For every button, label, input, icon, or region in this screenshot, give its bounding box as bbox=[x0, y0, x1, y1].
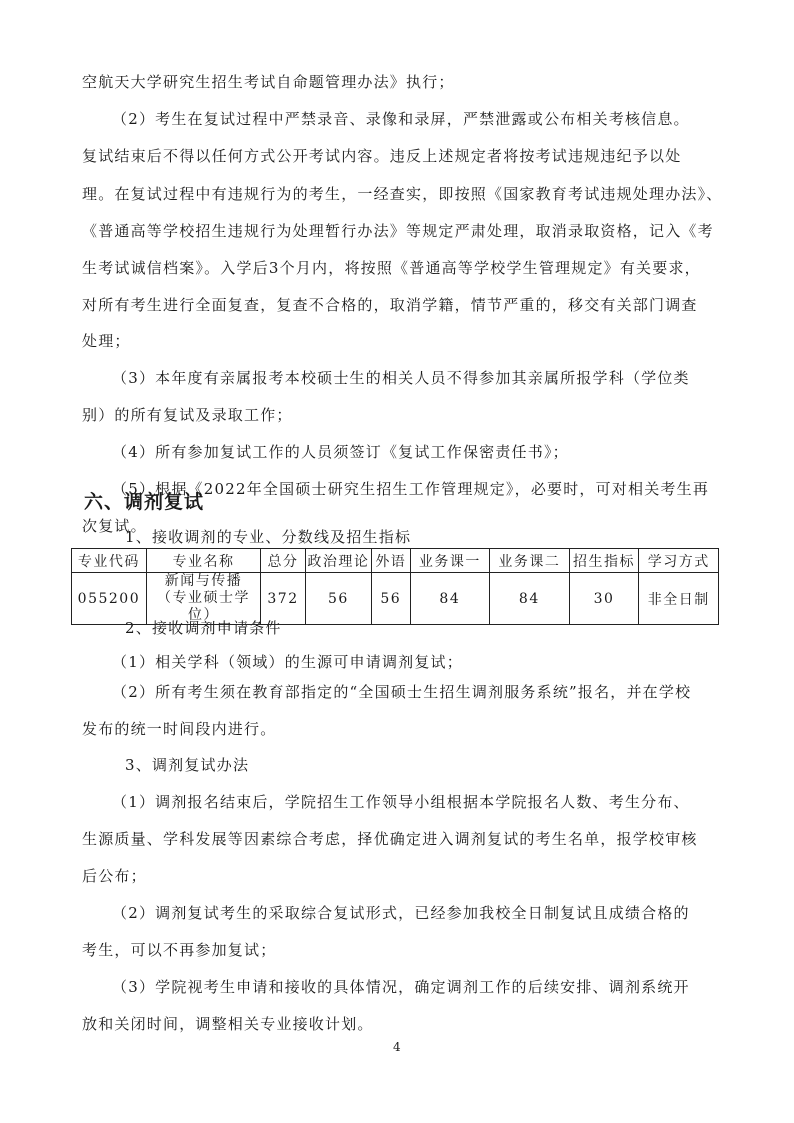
cell-name-line1: 新闻与传播 bbox=[147, 573, 260, 590]
header-total: 总分 bbox=[261, 549, 306, 573]
header-course1: 业务课一 bbox=[410, 549, 490, 573]
header-course2: 业务课二 bbox=[490, 549, 570, 573]
subsections-line: 1、接收调剂的专业、分数线及招生指标 bbox=[125, 527, 411, 547]
subsections-line: 生源质量、学科发展等因素综合考虑，择优确定进入调剂复试的考生名单，报学校审核 bbox=[82, 829, 698, 849]
admission-quota-table: 专业代码 专业名称 总分 政治理论 外语 业务课一 业务课二 招生指标 学习方式… bbox=[71, 548, 719, 625]
header-foreign-language: 外语 bbox=[372, 549, 411, 573]
cell-name-line2: （专业硕士学位） bbox=[147, 590, 260, 624]
paragraphs-line: （2）考生在复试过程中严禁录音、录像和录屏，严禁泄露或公布相关考核信息。 bbox=[112, 109, 690, 129]
header-code: 专业代码 bbox=[72, 549, 147, 573]
cell-study-mode: 非全日制 bbox=[639, 573, 719, 625]
paragraphs-line: 复试结束后不得以任何方式公开考试内容。违反上述规定者将按考试违规违纪予以处 bbox=[82, 146, 681, 166]
paragraphs-line: 《普通高等学校招生违规行为处理暂行办法》等规定严肃处理，取消录取资格，记入《考 bbox=[82, 221, 714, 241]
header-study-mode: 学习方式 bbox=[639, 549, 719, 573]
subsections-line: 放和关闭时间，调整相关专业接收计划。 bbox=[82, 1014, 374, 1034]
header-politics: 政治理论 bbox=[305, 549, 371, 573]
header-name: 专业名称 bbox=[146, 549, 260, 573]
cell-total: 372 bbox=[261, 573, 306, 625]
paragraphs-line: （4）所有参加复试工作的人员须签订《复试工作保密责任书》； bbox=[112, 442, 569, 462]
table-row: 055200 新闻与传播 （专业硕士学位） 372 56 56 84 84 30… bbox=[72, 573, 719, 625]
subsections-line: （1）调剂报名结束后，学院招生工作领导小组根据本学院报名人数、考生分布、 bbox=[112, 792, 690, 812]
header-quota: 招生指标 bbox=[569, 549, 639, 573]
page-number: 4 bbox=[393, 1040, 401, 1054]
paragraphs-line: 生考试诚信档案》。入学后3个月内，将按照《普通高等学校学生管理规定》有关要求， bbox=[82, 258, 701, 278]
subsections-line: 后公布； bbox=[82, 866, 147, 886]
subsections-line: （2）调剂复试考生的采取综合复试形式，已经参加我校全日制复试且成绩合格的 bbox=[112, 903, 690, 923]
cell-politics: 56 bbox=[305, 573, 371, 625]
paragraphs-line: 空航天大学研究生招生考试自命题管理办法》执行； bbox=[82, 72, 455, 92]
cell-code: 055200 bbox=[72, 573, 147, 625]
cell-name: 新闻与传播 （专业硕士学位） bbox=[146, 573, 260, 625]
cell-course1: 84 bbox=[410, 573, 490, 625]
cell-quota: 30 bbox=[569, 573, 639, 625]
subsections-line: （2）所有考生须在教育部指定的“全国硕士生招生调剂服务系统”报名，并在学校 bbox=[112, 682, 691, 702]
subsections-line: （1）相关学科（领域）的生源可申请调剂复试； bbox=[112, 652, 463, 672]
paragraphs-line: 对所有考生进行全面复查，复查不合格的，取消学籍，情节严重的，移交有关部门调查 bbox=[82, 295, 698, 315]
subsections-line: （3）学院视考生申请和接收的具体情况，确定调剂工作的后续安排、调剂系统开 bbox=[112, 977, 690, 997]
section-heading: 六、调剂复试 bbox=[84, 487, 204, 514]
cell-foreign-language: 56 bbox=[372, 573, 411, 625]
paragraphs-line: 理。在复试过程中有违规行为的考生，一经查实，即按照《国家教育考试违规处理办法》、 bbox=[82, 184, 723, 204]
table-header-row: 专业代码 专业名称 总分 政治理论 外语 业务课一 业务课二 招生指标 学习方式 bbox=[72, 549, 719, 573]
paragraphs-line: 别）的所有复试及录取工作； bbox=[82, 405, 293, 425]
subsections-line: 3、调剂复试办法 bbox=[125, 755, 249, 775]
subsections-line: 发布的统一时间段内进行。 bbox=[82, 719, 276, 739]
paragraphs-line: （3）本年度有亲属报考本校硕士生的相关人员不得参加其亲属所报学科（学位类 bbox=[112, 368, 690, 388]
paragraphs-line: 处理； bbox=[82, 331, 131, 351]
cell-course2: 84 bbox=[490, 573, 570, 625]
subsections-line: 考生，可以不再参加复试； bbox=[82, 940, 276, 960]
